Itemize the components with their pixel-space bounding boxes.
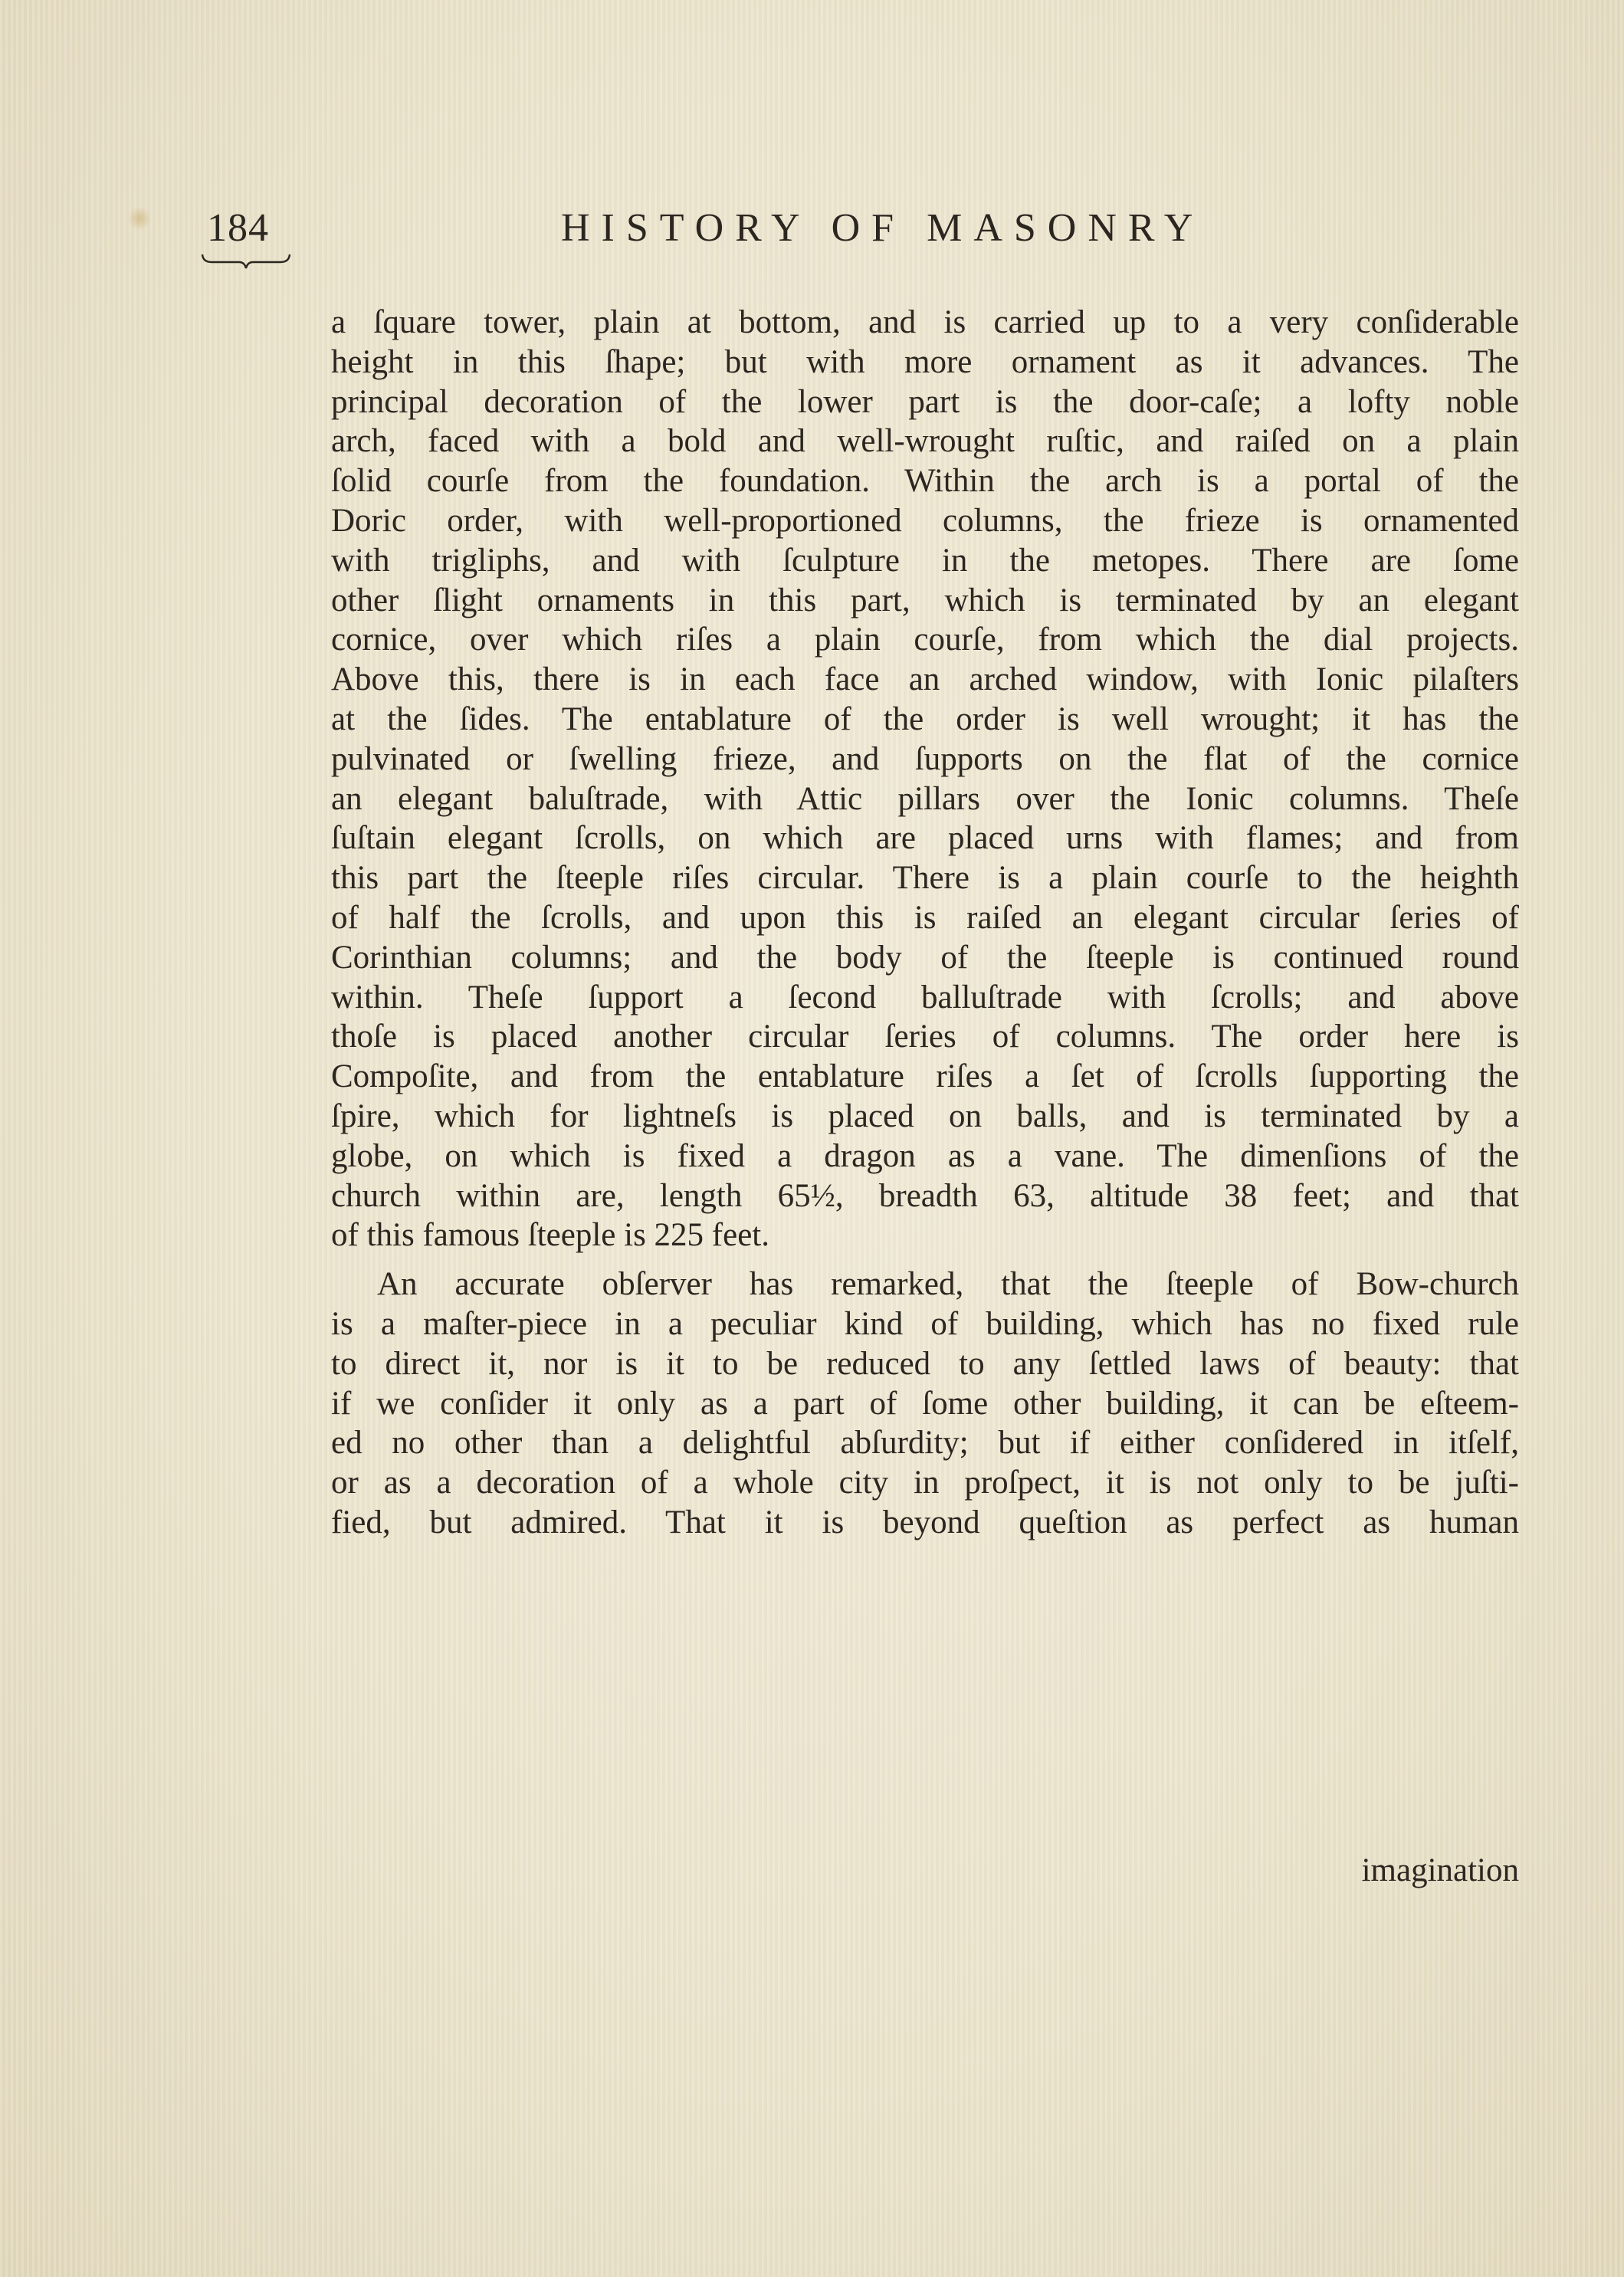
- text-line: ed no other than a delightful abſurdity;…: [331, 1423, 1519, 1463]
- text-line: ſolid courſe from the foundation. Within…: [331, 461, 1519, 501]
- running-title: HISTORY OF MASONRY: [561, 205, 1204, 251]
- text-line: Doric order, with well-proportioned colu…: [331, 501, 1519, 541]
- text-line: within. Theſe ſupport a ſecond balluſtra…: [331, 978, 1519, 1018]
- text-line: Above this, there is in each face an arc…: [331, 660, 1519, 700]
- text-line: pulvinated or ſwelling frieze, and ſuppo…: [331, 740, 1519, 779]
- text-line: Compoſite, and from the entablature riſe…: [331, 1057, 1519, 1097]
- brace-ornament-icon: [201, 253, 291, 270]
- paper-stain: [129, 205, 150, 231]
- text-line: or as a decoration of a whole city in pr…: [331, 1463, 1519, 1503]
- text-line: of half the ſcrolls, and upon this is ra…: [331, 898, 1519, 938]
- text-line: principal decoration of the lower part i…: [331, 382, 1519, 422]
- text-line: church within are, length 65½, breadth 6…: [331, 1176, 1519, 1216]
- text-line: other ſlight ornaments in this part, whi…: [331, 581, 1519, 621]
- text-line: to direct it, nor is it to be reduced to…: [331, 1344, 1519, 1384]
- text-line: is a maſter-piece in a peculiar kind of …: [331, 1304, 1519, 1344]
- text-line: Corinthian columns; and the body of the …: [331, 938, 1519, 978]
- text-line: an elegant baluſtrade, with Attic pillar…: [331, 779, 1519, 819]
- text-line: arch, faced with a bold and well-wrought…: [331, 422, 1519, 461]
- page-number: 184: [207, 205, 269, 251]
- text-line: if we conſider it only as a part of ſome…: [331, 1384, 1519, 1424]
- text-line: fied, but admired. That it is beyond que…: [331, 1503, 1519, 1543]
- text-line: height in this ſhape; but with more orna…: [331, 343, 1519, 382]
- text-line: ſuſtain elegant ſcrolls, on which are pl…: [331, 819, 1519, 858]
- text-line: this part the ſteeple riſes circular. Th…: [331, 858, 1519, 898]
- text-line: cornice, over which riſes a plain courſe…: [331, 620, 1519, 660]
- text-line: thoſe is placed another circular ſeries …: [331, 1017, 1519, 1057]
- text-line: of this famous ſteeple is 225 feet.: [331, 1216, 1519, 1255]
- catchword: imagination: [1362, 1851, 1519, 1891]
- text-line: with trigliphs, and with ſculpture in th…: [331, 541, 1519, 581]
- book-page: 184 HISTORY OF MASONRY a ſquare tower, p…: [0, 0, 1624, 2277]
- text-line: at the ſides. The entablature of the ord…: [331, 700, 1519, 740]
- text-line: globe, on which is fixed a dragon as a v…: [331, 1137, 1519, 1176]
- running-head: 184 HISTORY OF MASONRY: [207, 205, 1533, 259]
- text-line: An accurate obſerver has remarked, that …: [331, 1265, 1519, 1304]
- body-text: a ſquare tower, plain at bottom, and is …: [331, 303, 1519, 1543]
- text-line: a ſquare tower, plain at bottom, and is …: [331, 303, 1519, 343]
- text-line: ſpire, which for lightneſs is placed on …: [331, 1097, 1519, 1137]
